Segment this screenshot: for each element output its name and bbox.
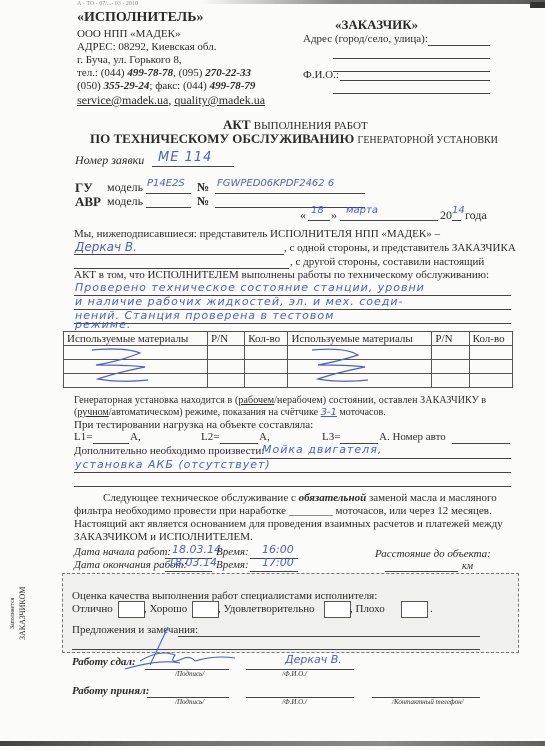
avr-serial-field[interactable] [215, 207, 365, 208]
table-cell[interactable] [469, 360, 512, 374]
date-day-field[interactable]: 18 [311, 205, 324, 216]
distance-label: Расстояние до объекта: [375, 548, 491, 560]
rating-satisfactory-label: , Удовлетворительно [218, 603, 315, 615]
table-cell[interactable] [432, 346, 469, 360]
gu-model-field[interactable]: P14E2S [147, 178, 185, 189]
customer-fill-side-label: Заполняется ЗАКАЗЧИКОМ [8, 587, 28, 640]
table-cell[interactable] [432, 360, 469, 374]
status-line1: Генераторная установка находится в (рабо… [74, 395, 486, 406]
distance-field[interactable] [385, 571, 458, 572]
executor-rep-field[interactable]: Деркач В. [75, 240, 137, 254]
customer-fio-line[interactable] [333, 93, 490, 94]
rating-end-dot: . [430, 603, 433, 615]
start-time-label: Время: [216, 546, 249, 558]
work-done-line[interactable]: режиме. [75, 318, 131, 331]
next-service-text: заменой масла и масляного [366, 492, 497, 504]
parties-line3: , с другой стороны, составили настоящий [290, 256, 484, 268]
rating-excellent-label: Отлично [72, 603, 113, 615]
executor-emails: service@madek.ua, quality@madek.ua [77, 93, 265, 108]
executor-address2: г. Буча, ул. Горького 8, [77, 54, 182, 66]
col-pn: P/N [207, 332, 244, 346]
table-cell[interactable] [469, 346, 512, 360]
l3-label: L3= [322, 431, 340, 443]
date-month-field[interactable]: марта [346, 205, 378, 216]
distance-unit: км [462, 561, 473, 572]
customer-address-line[interactable] [333, 58, 490, 59]
phone-3: 355-29-24 [104, 80, 150, 92]
handed-sign-caption: /Подпись/ [175, 670, 204, 678]
doc-code: А - ТО - 07/...- 03 - 2010 [77, 1, 138, 7]
act-title-bold: АКТ [223, 117, 251, 132]
col-materials: Используемые материалы [64, 332, 208, 346]
status-text: /автоматическом) режиме, показания на сч… [109, 407, 321, 418]
status-text: Генераторная установка находится в ( [74, 395, 238, 406]
l2-unit: А, [259, 431, 270, 443]
load-label: При тестировании нагрузка на объекте сос… [74, 419, 313, 431]
fax-prefix: ; факс: (044) [149, 80, 209, 92]
table-cell[interactable] [207, 374, 244, 388]
accepted-fio-caption: /Ф.И.О./ [282, 698, 307, 706]
phone-prefix: тел.: (044) [77, 67, 127, 79]
rating-excellent-checkbox[interactable] [118, 601, 145, 618]
next-service-p2: фильтра необходимо провести при наработк… [74, 505, 492, 517]
next-service-p3: Настоящий акт является основанием для пр… [74, 518, 503, 530]
table-header-row: Используемые материалы P/N Кол-во Исполь… [64, 332, 513, 346]
start-date-field[interactable]: 18.03.14 [172, 543, 221, 556]
work-line [74, 323, 511, 324]
executor-rep-line [74, 254, 284, 255]
email-service-link[interactable]: service@madek.ua [77, 93, 168, 107]
col-pn: P/N [432, 332, 469, 346]
work-done-line[interactable]: Проверено техническое состояние станции,… [75, 281, 425, 294]
gu-serial-field[interactable]: FGWPED06KPDF2462 6 [217, 178, 334, 189]
table-cell[interactable] [469, 374, 512, 388]
date-close-quote: » [331, 208, 337, 223]
customer-fio-label: Ф.И.О.: [303, 69, 339, 81]
rating-satisfactory-checkbox[interactable] [324, 601, 351, 618]
end-time-line [250, 571, 298, 572]
table-cell[interactable] [207, 346, 244, 360]
table-cell[interactable] [245, 346, 288, 360]
start-date-label: Дата начала работ: [74, 546, 171, 558]
customer-address-line[interactable] [428, 45, 490, 46]
additional-label: Дополнительно необходимо произвести: [74, 445, 264, 457]
additional-work-field[interactable]: Мойка двигателя, [262, 443, 382, 456]
act-title-bold: ПО ТЕХНИЧЕСКОМУ ОБСЛУЖИВАНИЮ [90, 131, 354, 146]
executor-fax: (050) 355-29-24; факс: (044) 499-78-79 [77, 80, 255, 92]
customer-title: «ЗАКАЗЧИК» [335, 17, 418, 33]
l1-field[interactable] [93, 443, 129, 444]
act-title-line2: ПО ТЕХНИЧЕСКОМУ ОБСЛУЖИВАНИЮ ГЕНЕРАТОРНО… [90, 131, 498, 147]
l2-label: L2= [201, 431, 219, 443]
document-page: А - ТО - 07/...- 03 - 2010 «ИСПОЛНИТЕЛЬ»… [0, 0, 545, 750]
phone-2: 270-22-33 [205, 67, 251, 79]
parties-line2: , с одной стороны, и представитель ЗАКАЗ… [284, 242, 516, 254]
avr-model-label: модель [107, 194, 143, 209]
l1-label: L1= [74, 431, 92, 443]
date-year-prefix: 20 [440, 208, 452, 223]
l1-unit: А, [130, 431, 141, 443]
next-service-p4: ЗАКАЗЧИКОМ и ИСПОЛНИТЕЛЕМ. [74, 531, 253, 543]
date-month-line [340, 220, 438, 221]
status-text: моточасов. [337, 407, 386, 418]
avr-num-label: № [197, 194, 209, 209]
avr-label: АВР [75, 194, 101, 210]
status-working-option[interactable]: рабочем [238, 395, 274, 406]
side-label-small: Заполняется [8, 587, 18, 640]
request-label: Номер заявки [75, 153, 144, 168]
rating-poor-checkbox[interactable] [401, 601, 428, 618]
next-service-emphasis: обязательной [299, 492, 367, 504]
executor-title: «ИСПОЛНИТЕЛЬ» [77, 10, 203, 26]
col-materials: Используемые материалы [288, 332, 432, 346]
next-service-p1: Следующее техническое обслуживание с обя… [103, 492, 497, 504]
rating-good-label: , Хорошо [144, 603, 187, 615]
customer-address-label: Адрес (город/село, улица): [303, 33, 428, 45]
table-cell[interactable] [207, 360, 244, 374]
work-done-line[interactable]: и наличие рабочих жидкостей, эл. и мех. … [75, 295, 404, 308]
scan-edge [530, 2, 545, 8]
end-date-line [165, 571, 212, 572]
gu-model-label: модель [107, 180, 143, 195]
hour-counter-field[interactable]: 3-1 [321, 407, 337, 418]
l2-field[interactable] [220, 443, 258, 444]
phone-sep: , (095) [173, 67, 205, 79]
z-strike-mark [310, 347, 370, 383]
z-strike-mark [90, 347, 150, 383]
gu-model-line [146, 193, 191, 194]
end-time-label: Время: [216, 559, 249, 571]
col-qty: Кол-во [469, 332, 512, 346]
date-open-quote: « [300, 208, 306, 223]
signature-scribble [120, 625, 240, 670]
executor-company: ООО НПП «МАДЕК» [77, 28, 180, 40]
customer-fio-line[interactable] [340, 80, 490, 81]
mode-manual-option[interactable]: ручном [77, 407, 108, 418]
additional-line [250, 458, 511, 459]
scan-edge [0, 741, 545, 746]
request-line [152, 166, 234, 167]
end-date-field[interactable]: 18.03.14 [168, 556, 217, 569]
phone-1: 499-78-78 [127, 67, 173, 79]
customer-address-line[interactable] [333, 71, 490, 72]
date-year-field[interactable]: 14 [452, 205, 465, 216]
date-day-line [308, 220, 330, 221]
avr-model-field[interactable] [146, 207, 191, 208]
parties-line1: Мы, нижеподписавшиеся: представитель ИСП… [74, 228, 440, 240]
executor-address1: АДРЕС: 08292, Киевская обл. [77, 41, 216, 53]
rating-poor-label: , Плохо [350, 603, 385, 615]
additional-line [74, 472, 511, 473]
table-cell[interactable] [245, 360, 288, 374]
phone-prefix: (050) [77, 80, 104, 92]
fax-number: 499-78-79 [210, 80, 256, 92]
accepted-sign-caption: /Подпись/ [175, 698, 204, 706]
additional-line [74, 486, 511, 487]
executor-phones: тел.: (044) 499-78-78, (095) 270-22-33 [77, 67, 251, 79]
car-number-field[interactable] [452, 443, 510, 444]
handed-fio-field[interactable]: Деркач В. [285, 653, 342, 666]
gu-num-label: № [197, 180, 209, 195]
accepted-phone-caption: /Контактный телефон/ [392, 698, 464, 706]
parties-line4: АКТ в том, что ИСПОЛНИТЕЛЕМ выполнены ра… [74, 269, 489, 281]
rating-good-checkbox[interactable] [192, 601, 219, 618]
date-year-word: года [465, 208, 487, 223]
act-title-rest: ГЕНЕРАТОРНОЙ УСТАНОВКИ [358, 135, 498, 146]
handed-fio-caption: /Ф.И.О./ [282, 670, 307, 678]
l3-unit-car-label: А. Номер авто [379, 431, 446, 443]
end-time-field[interactable]: 17:00 [262, 556, 294, 569]
col-qty: Кол-во [245, 332, 288, 346]
side-label-big: ЗАКАЗЧИКОМ [18, 587, 28, 640]
table-cell[interactable] [245, 374, 288, 388]
email-quality-link[interactable]: quality@madek.ua [174, 93, 265, 107]
additional-work-field[interactable]: установка АКБ (отсутствует) [75, 458, 271, 471]
accepted-label: Работу принял: [72, 685, 149, 697]
gu-num-line [215, 193, 365, 194]
table-cell[interactable] [432, 374, 469, 388]
start-time-field[interactable]: 16:00 [262, 543, 294, 556]
request-number-field[interactable]: ME 114 [158, 150, 212, 165]
status-line2: (ручном/автоматическом) режиме, показани… [74, 407, 386, 418]
next-service-text: Следующее техническое обслуживание с [103, 492, 299, 504]
scan-edge [200, 0, 545, 4]
status-text: /нерабочем) состоянии, оставлен ЗАКАЗЧИК… [274, 395, 486, 406]
date-year-line [452, 220, 461, 221]
